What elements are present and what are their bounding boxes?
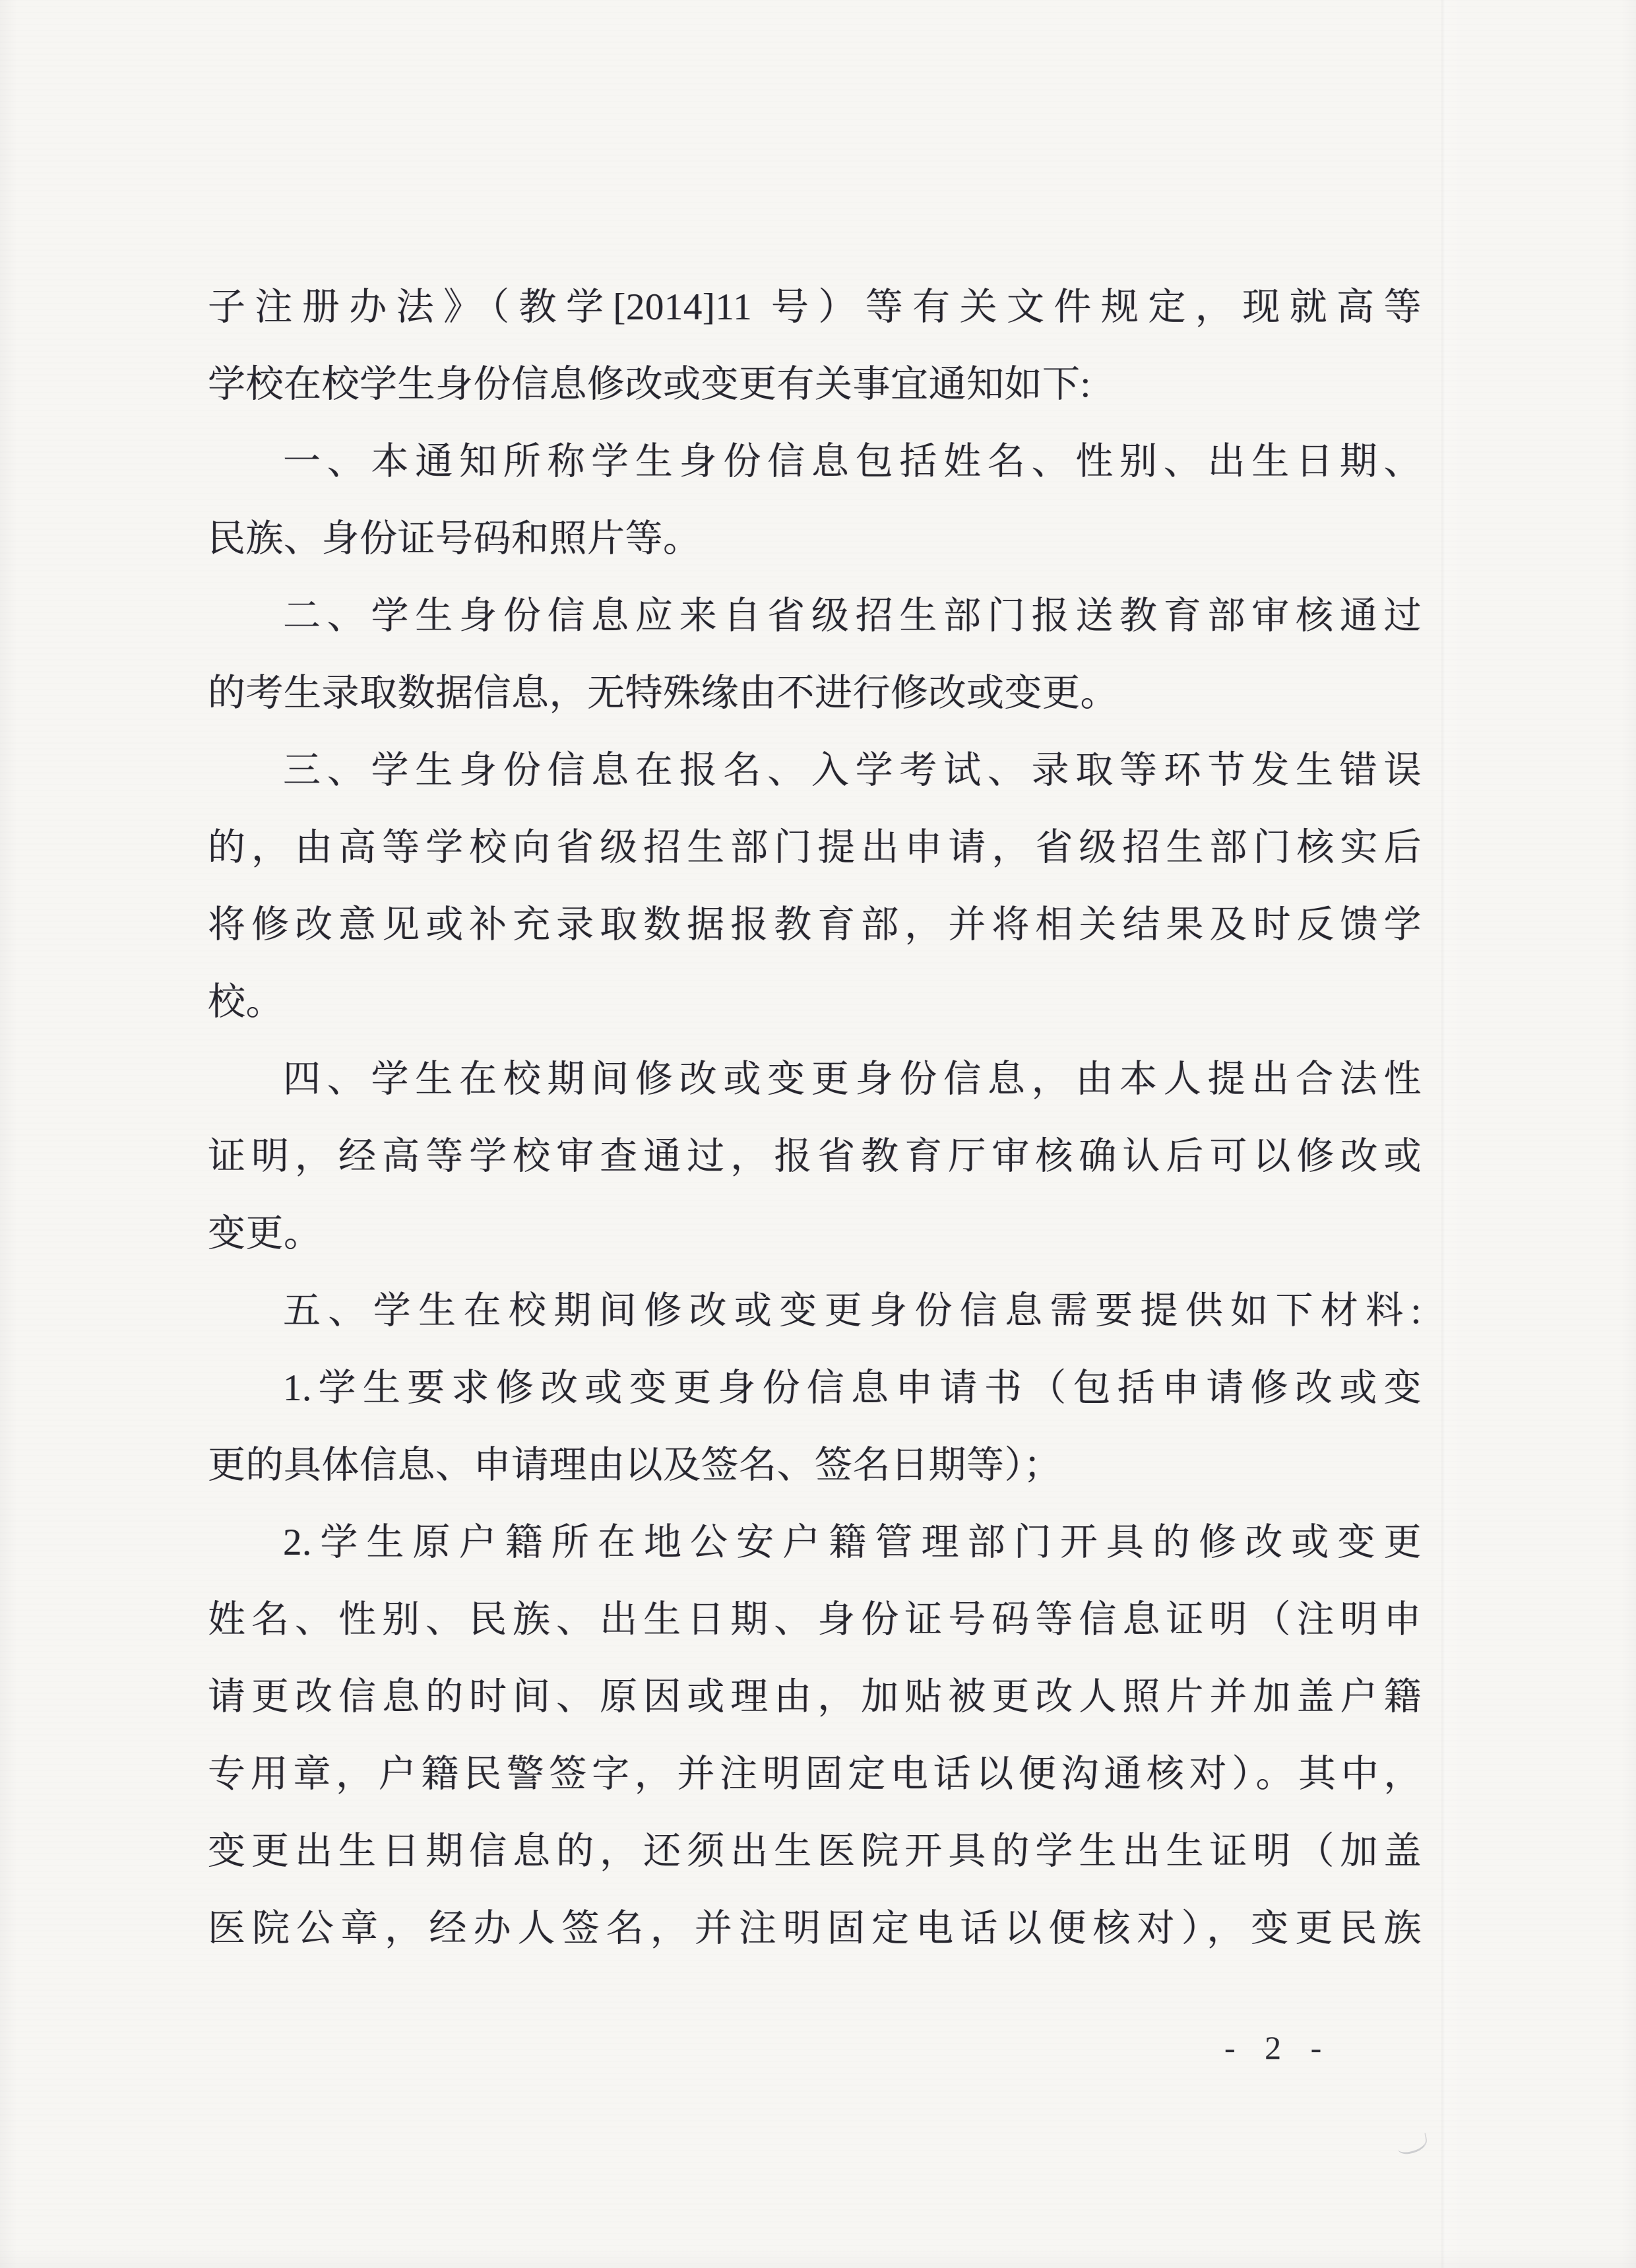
body-line: 学校在校学生身份信息修改或变更有关事宜通知如下: [208,346,1422,423]
body-line: 2.学生原户籍所在地公安户籍管理部门开具的修改或变更 [208,1504,1422,1581]
scan-artifact [1396,2133,1429,2156]
body-line: 姓名、性别、民族、出生日期、身份证号码等信息证明（注明申 [208,1581,1422,1658]
body-line: 三、学生身份信息在报名、入学考试、录取等环节发生错误 [208,732,1422,809]
body-line: 校。 [208,963,1422,1041]
body-line: 一、本通知所称学生身份信息包括姓名、性别、出生日期、 [208,423,1422,500]
body-line: 的，由高等学校向省级招生部门提出申请，省级招生部门核实后 [208,809,1422,886]
body-line: 专用章，户籍民警签字，并注明固定电话以便沟通核对）。其中， [208,1735,1422,1813]
body-line: 1.学生要求修改或变更身份信息申请书（包括申请修改或变 [208,1349,1422,1427]
body-line: 变更出生日期信息的，还须出生医院开具的学生出生证明（加盖 [208,1813,1422,1890]
body-line: 民族、身份证号码和照片等。 [208,500,1422,577]
body-line: 医院公章，经办人签名，并注明固定电话以便核对），变更民族 [208,1890,1422,1967]
body-line: 证明，经高等学校审查通过，报省教育厅审核确认后可以修改或 [208,1118,1422,1195]
document-body: 子注册办法》（教学[2014]11 号）等有关文件规定，现就高等 学校在校学生身… [208,269,1422,1967]
body-line: 四、学生在校期间修改或变更身份信息，由本人提出合法性 [208,1041,1422,1118]
body-line: 二、学生身份信息应来自省级招生部门报送教育部审核通过 [208,577,1422,655]
body-line: 五、学生在校期间修改或变更身份信息需要提供如下材料: [208,1272,1422,1349]
body-line: 将修改意见或补充录取数据报教育部，并将相关结果及时反馈学 [208,886,1422,963]
body-line: 的考生录取数据信息，无特殊缘由不进行修改或变更。 [208,655,1422,732]
body-line: 请更改信息的时间、原因或理由，加贴被更改人照片并加盖户籍 [208,1658,1422,1735]
body-line: 变更。 [208,1195,1422,1272]
body-line: 更的具体信息、申请理由以及签名、签名日期等）； [208,1427,1422,1504]
page-number: - 2 - [1224,2025,1332,2071]
scanned-document-page: 子注册办法》（教学[2014]11 号）等有关文件规定，现就高等 学校在校学生身… [0,0,1636,2268]
body-line: 子注册办法》（教学[2014]11 号）等有关文件规定，现就高等 [208,269,1422,346]
